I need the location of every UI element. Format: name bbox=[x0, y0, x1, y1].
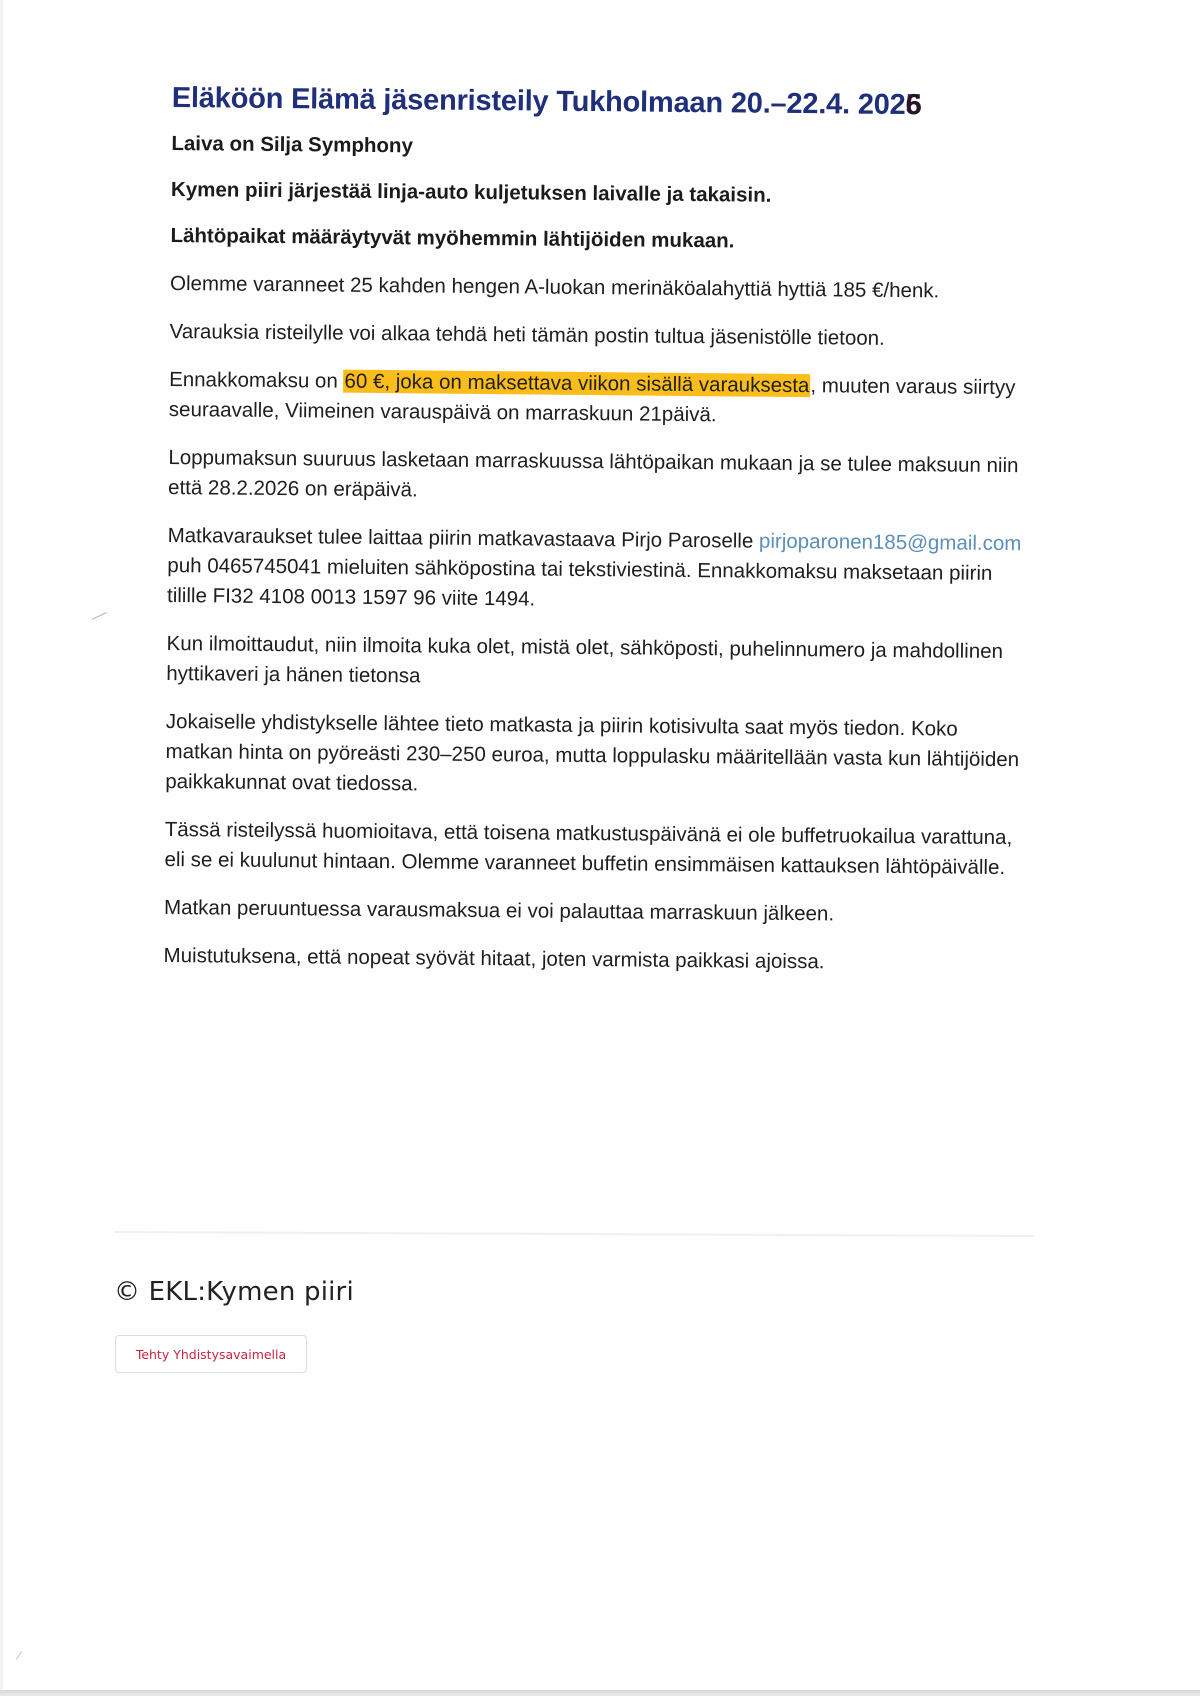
contact-paragraph: Matkavaraukset tulee laittaa piirin matk… bbox=[167, 521, 1028, 619]
scanned-page: Eläköön Elämä jäsenristeily Tukholmaan 2… bbox=[0, 0, 1200, 1696]
buffet-info-paragraph: Tässä risteilyssä huomioitava, että tois… bbox=[164, 815, 1025, 883]
bus-transport-line: Kymen piiri järjestää linja-auto kuljetu… bbox=[171, 177, 1031, 211]
final-payment-paragraph: Loppumaksun suuruus lasketaan marraskuus… bbox=[168, 443, 1029, 511]
deposit-paragraph: Ennakkomaksu on 60 €, joka on maksettava… bbox=[169, 365, 1030, 433]
price-info-paragraph: Jokaiselle yhdistykselle lähtee tieto ma… bbox=[165, 707, 1026, 805]
cancellation-paragraph: Matkan peruuntuessa varausmaksua ei voi … bbox=[164, 893, 1024, 931]
scan-edge-left bbox=[0, 0, 3, 1696]
handwritten-year-digit: 6 bbox=[905, 89, 921, 122]
reminder-paragraph: Muistutuksena, että nopeat syövät hitaat… bbox=[163, 941, 1023, 979]
document-body: Eläköön Elämä jäsenristeily Tukholmaan 2… bbox=[163, 82, 1032, 997]
departure-points-line: Lähtöpaikat määräytyvät myöhemmin lähtij… bbox=[170, 223, 1030, 257]
contact-text-before: Matkavaraukset tulee laittaa piirin matk… bbox=[168, 524, 760, 553]
bookings-open-paragraph: Varauksia risteilylle voi alkaa tehdä he… bbox=[169, 317, 1029, 355]
scan-edge-bottom bbox=[0, 1690, 1200, 1696]
year-last-digit: 56 bbox=[905, 89, 921, 122]
title-text: Eläköön Elämä jäsenristeily Tukholmaan 2… bbox=[172, 82, 906, 121]
footer-divider bbox=[114, 1231, 1034, 1237]
ship-name-line: Laiva on Silja Symphony bbox=[171, 131, 1031, 165]
pencil-mark-bottom bbox=[16, 1651, 23, 1660]
cabins-paragraph: Olemme varanneet 25 kahden hengen A-luok… bbox=[170, 269, 1030, 307]
yhdistysavain-badge-link[interactable]: Tehty Yhdistysavaimella bbox=[115, 1335, 307, 1373]
footer-copyright: © EKL:Kymen piiri bbox=[114, 1277, 354, 1307]
email-link[interactable]: pirjoparonen185@gmail.com bbox=[759, 530, 1022, 556]
document-title: Eläköön Elämä jäsenristeily Tukholmaan 2… bbox=[172, 82, 1032, 123]
contact-text-after: puh 0465745041 mieluiten sähköpostina ta… bbox=[167, 554, 993, 611]
deposit-highlight: 60 €, joka on maksettava viikon sisällä … bbox=[343, 370, 810, 397]
deposit-text-before: Ennakkomaksu on bbox=[169, 368, 344, 393]
registration-info-paragraph: Kun ilmoittaudut, niin ilmoita kuka olet… bbox=[166, 629, 1027, 697]
pencil-mark bbox=[92, 612, 110, 627]
